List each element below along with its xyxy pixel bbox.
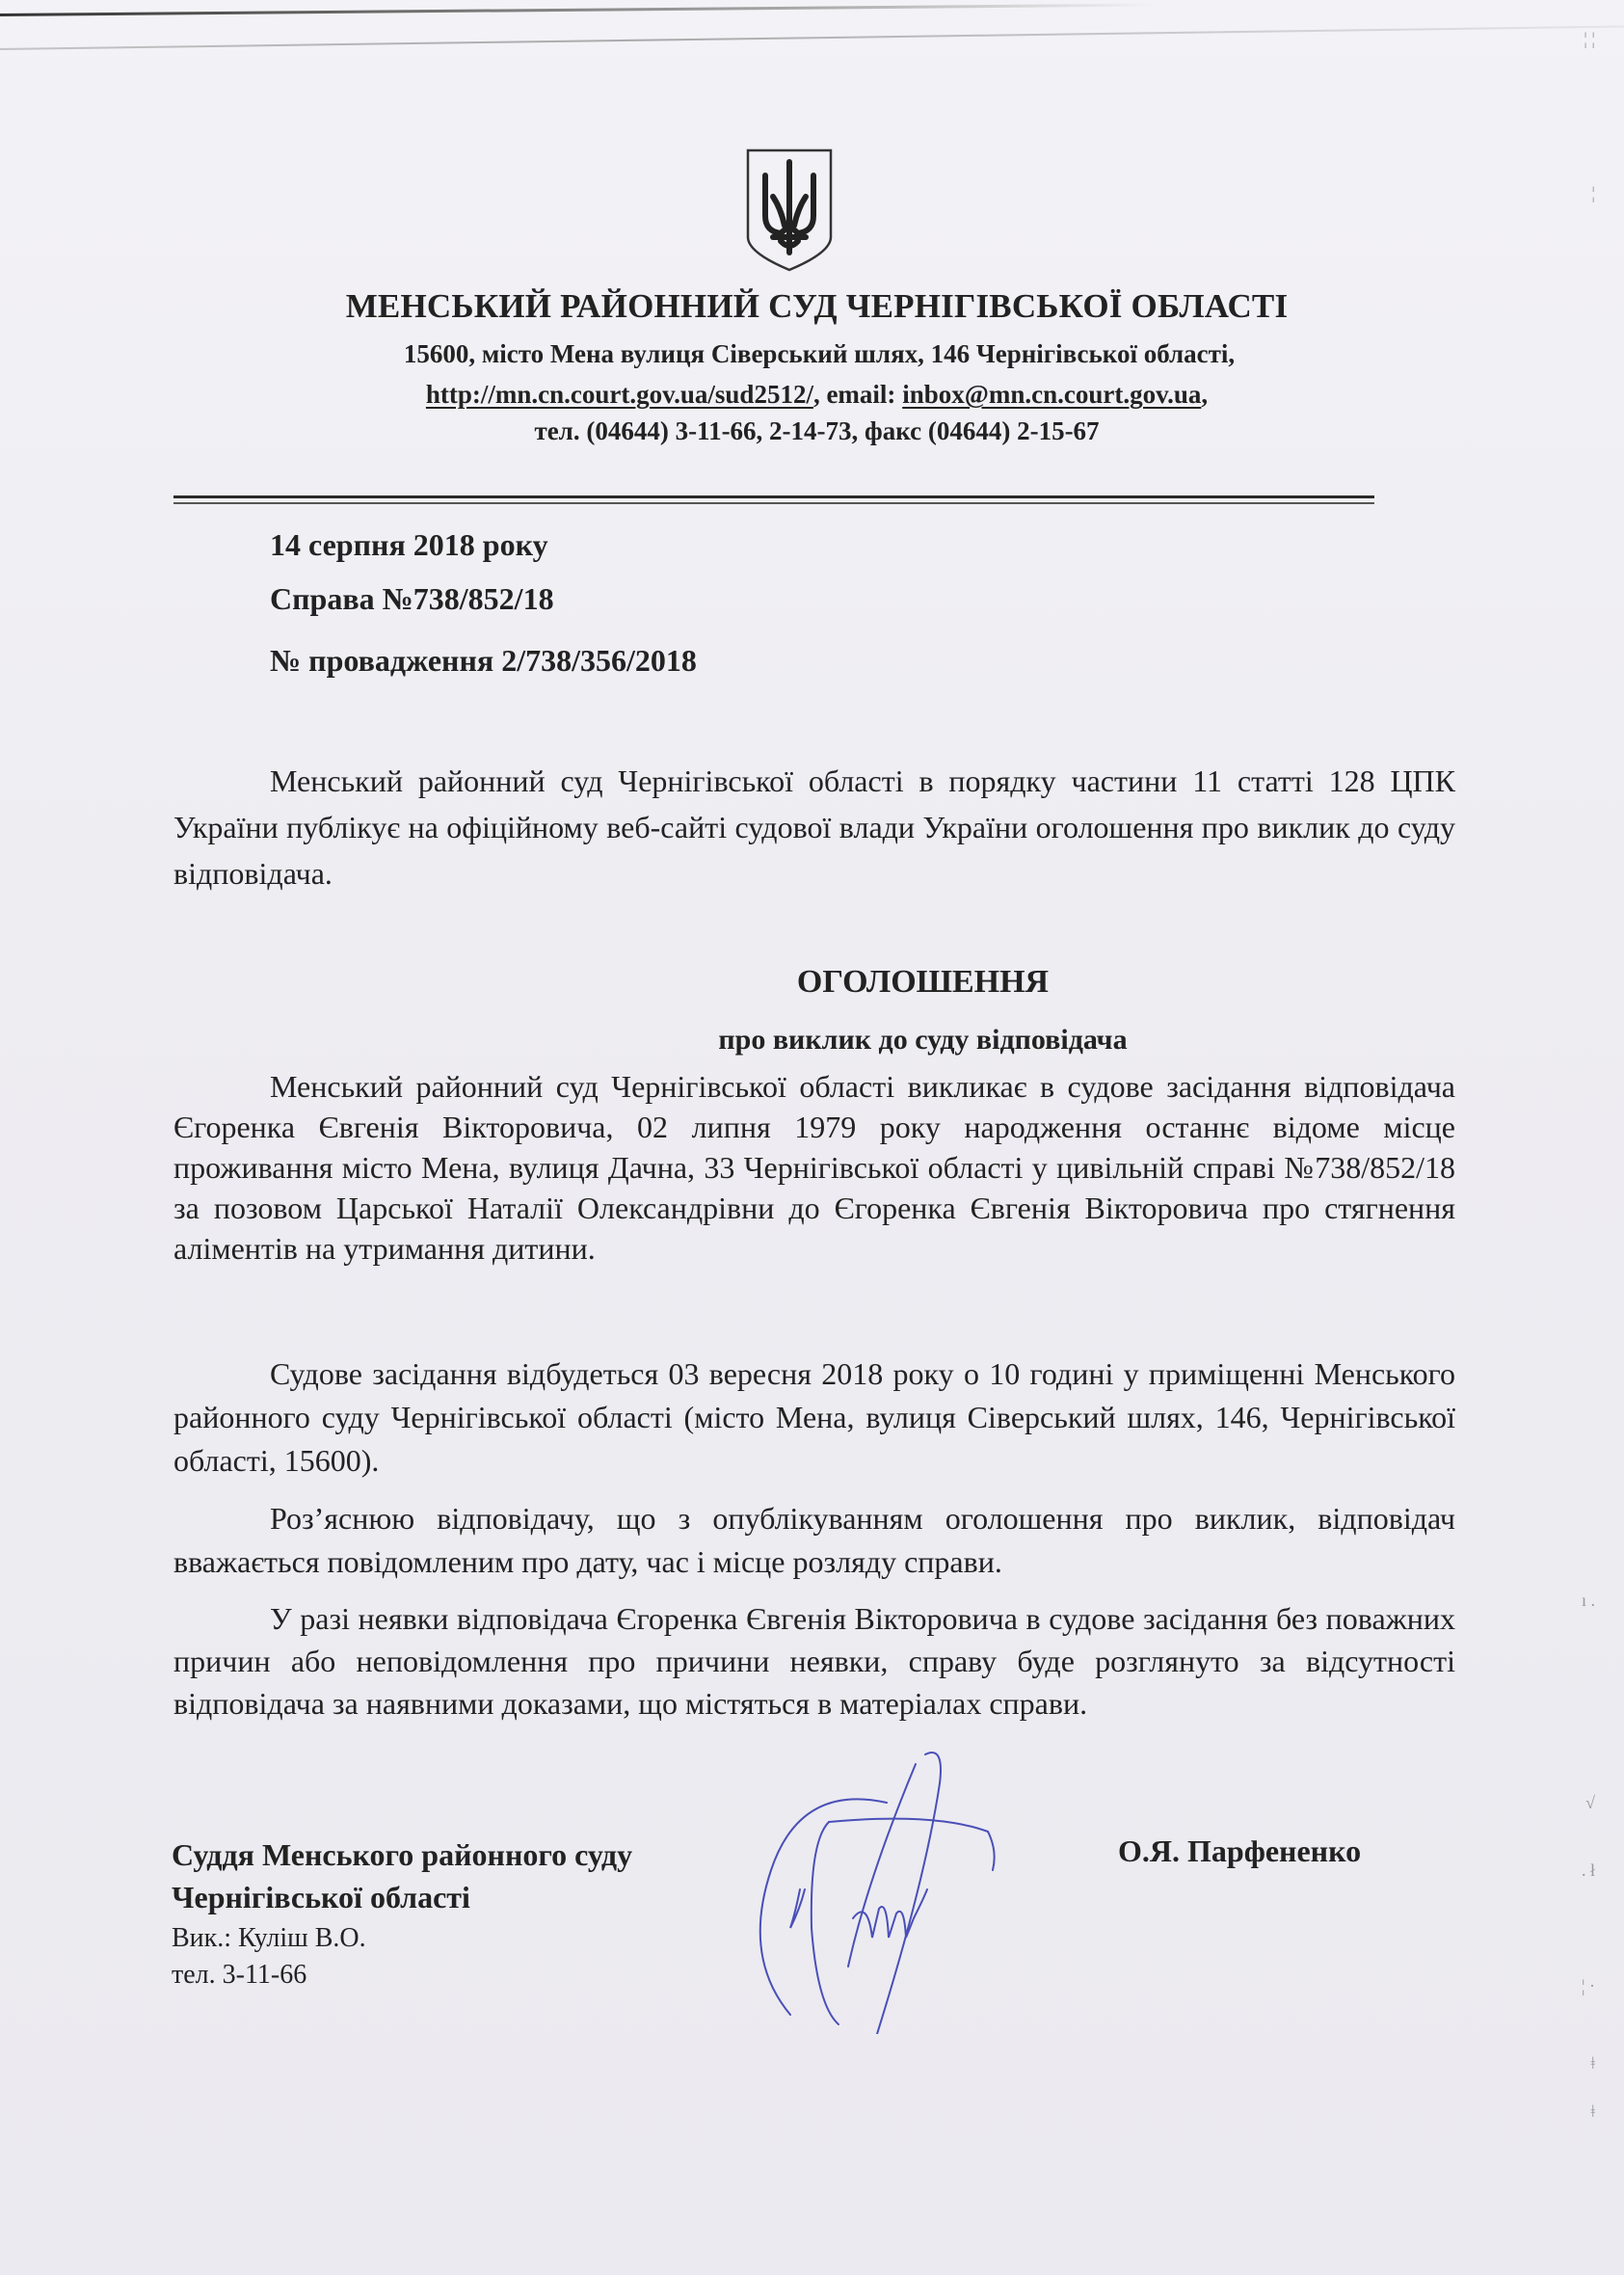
notice-paragraph: У разі неявки відповідача Єгоренка Євген… [173,1597,1455,1725]
scanned-document-page: МЕНСЬКИЙ РАЙОННИЙ СУД ЧЕРНІГІВСЬКОЇ ОБЛА… [0,0,1624,2275]
judge-title-line2: Чернігівської області [172,1876,632,1918]
paragraph-text: Роз’яснюю відповідачу, що з опублікуванн… [173,1501,1455,1579]
judge-name: О.Я. Парфененко [1118,1833,1361,1869]
notice-paragraph: Судове засідання відбудеться 03 вересня … [173,1352,1455,1483]
scan-artifact-line [0,4,1157,16]
notice-paragraph: Роз’яснюю відповідачу, що з опублікуванн… [173,1497,1455,1584]
intro-paragraph: Менський районний суд Чернігівської обла… [173,758,1455,897]
notice-subtitle: про виклик до суду відповідача [0,1024,1624,1057]
scan-artifact-line [0,25,1624,50]
proceeding-number: № провадження 2/738/356/2018 [270,643,697,679]
court-email-link[interactable]: inbox@mn.cn.court.gov.ua [902,380,1201,409]
judge-title: Суддя Менського районного суду Чернігівс… [172,1833,632,1918]
paragraph-text: Судове засідання відбудеться 03 вересня … [173,1356,1455,1478]
notice-title: ОГОЛОШЕННЯ [0,964,1624,1001]
court-name-heading: МЕНСЬКИЙ РАЙОННИЙ СУД ЧЕРНІГІВСЬКОЇ ОБЛА… [0,287,1624,326]
case-number: Справа №738/852/18 [270,581,554,617]
handwritten-signature [704,1745,1051,2034]
court-phones: тел. (04644) 3-11-66, 2-14-73, факс (046… [0,416,1624,446]
email-suffix: , [1201,380,1208,409]
scan-edge-artifacts: ¦ ¦ ¦ ı . √ . ł ¦ · ǂ ǂ [1566,29,1595,2246]
court-address: 15600, місто Мена вулиця Сіверський шлях… [0,339,1624,369]
intro-text: Менський районний суд Чернігівської обла… [173,763,1455,891]
header-divider [173,495,1374,498]
document-date: 14 серпня 2018 року [270,527,548,563]
court-website-link[interactable]: http://mn.cn.court.gov.ua/sud2512/ [426,380,813,409]
court-contacts-web: http://mn.cn.court.gov.ua/sud2512/, emai… [0,380,1624,410]
header-divider [173,502,1374,504]
paragraph-text: У разі неявки відповідача Єгоренка Євген… [173,1601,1455,1721]
paragraph-text: Менський районний суд Чернігівської обла… [173,1069,1455,1266]
notice-paragraph: Менський районний суд Чернігівської обла… [173,1066,1455,1269]
executor-phone: тел. 3-11-66 [172,1957,366,1994]
executor-name: Вик.: Куліш В.О. [172,1920,366,1957]
email-label: , email: [813,380,902,409]
executor-block: Вик.: Куліш В.О. тел. 3-11-66 [172,1920,366,1994]
judge-title-line1: Суддя Менського районного суду [172,1833,632,1876]
ukraine-trident-emblem-icon [746,148,833,272]
